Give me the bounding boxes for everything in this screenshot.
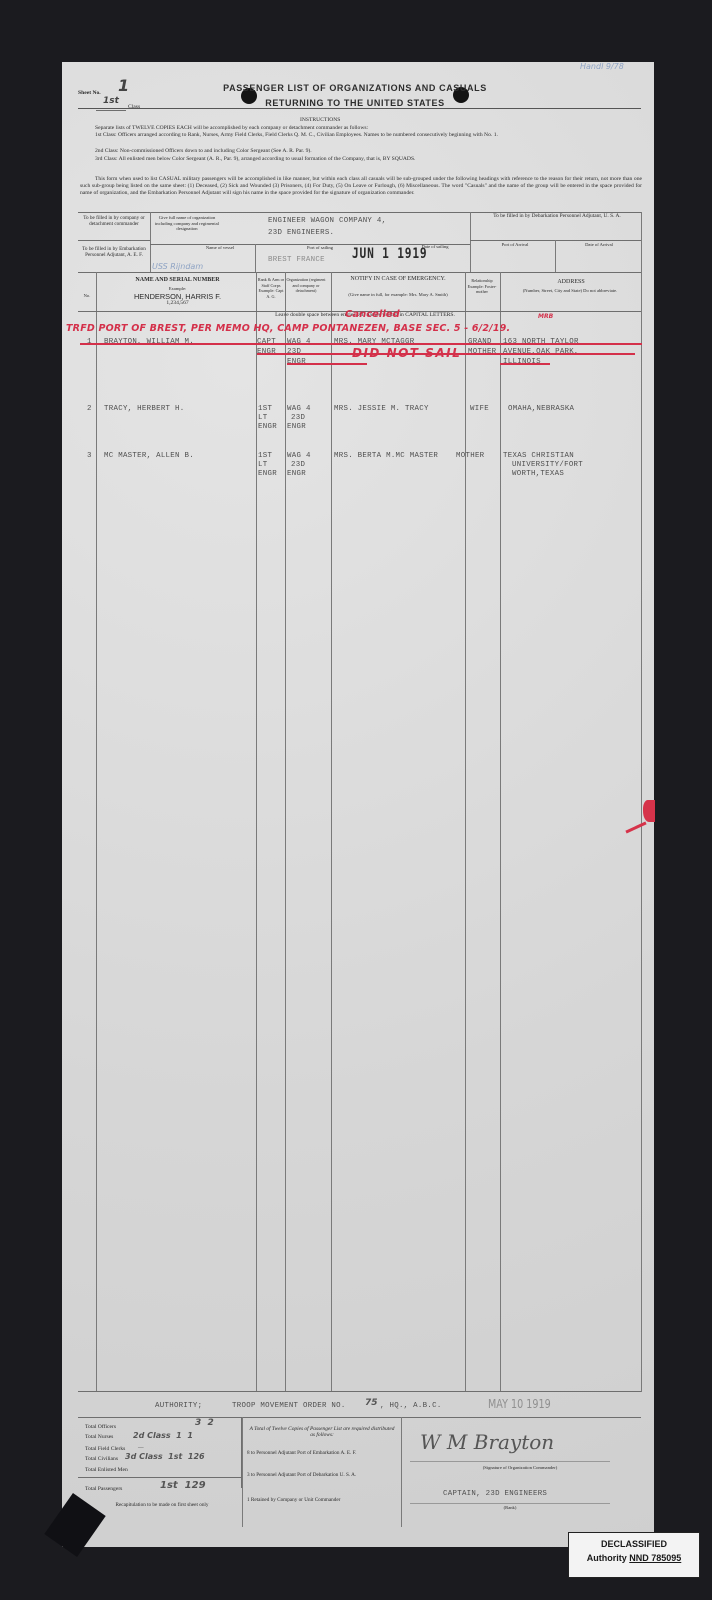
totals-civilians-label: Total Civilians <box>85 1456 118 1463</box>
form-title-line1: PASSENGER LIST OF ORGANIZATIONS AND CASU… <box>220 83 490 93</box>
strike-line <box>500 363 550 365</box>
instructions-heading: INSTRUCTIONS <box>300 117 340 124</box>
distribution-right-rule <box>401 1417 402 1527</box>
authority-text: TROOP MOVEMENT ORDER NO. <box>232 1402 346 1412</box>
col-name-example-label: Example: <box>100 286 255 292</box>
col-name-header: NAME AND SERIAL NUMBER <box>100 278 255 284</box>
col-divider-org <box>331 272 332 1392</box>
right-margin-rule <box>641 212 642 1392</box>
red-ink-mark <box>643 800 655 822</box>
authority-date-stamp: MAY 10 1919 <box>488 1397 551 1411</box>
entry-name: MC MASTER, ALLEN B. <box>104 452 194 462</box>
instructions-class1: 1st Class: Officers arranged according t… <box>80 132 640 139</box>
entry-notify: MRS. BERTA M.MC MASTER <box>334 452 438 462</box>
rank-line <box>410 1503 610 1504</box>
entry-no: 3 <box>87 452 92 462</box>
port-divider <box>255 244 256 272</box>
totals-divider <box>78 1477 241 1478</box>
instructions-p2: This form when used to list CASUAL milit… <box>80 176 642 197</box>
entry-rank: ENGR <box>258 423 277 433</box>
declassified-authority-label: Authority <box>587 1553 627 1563</box>
col-no-header: No. <box>78 293 96 299</box>
distribution-left-rule <box>242 1417 243 1527</box>
totals-nurses-value: 2d Class 1 1 <box>133 1431 193 1440</box>
authority-label: AUTHORITY; <box>155 1402 202 1412</box>
distribution-item-2: 3 to Personnel Adjutant Port of Debarkat… <box>247 1472 397 1479</box>
sheet-number-label: Sheet No. <box>78 90 101 97</box>
distribution-item-1: 8 to Personnel Adjutant Port of Embarkat… <box>247 1450 397 1457</box>
corner-note: Handl 9/78 <box>580 62 624 71</box>
distribution-heading: A Total of Twelve Copies of Passenger Li… <box>247 1427 397 1438</box>
class-value: 1st <box>103 96 119 106</box>
vessel-value: USS Rijndam <box>152 262 203 271</box>
col-org-header: Organization (regiment and company or de… <box>286 277 326 294</box>
rank-label: (Rank) <box>480 1505 540 1511</box>
totals-officers-label: Total Officers <box>85 1424 116 1431</box>
declassified-title: DECLASSIFIED <box>569 1539 699 1549</box>
org-name-label: Give full name of organization including… <box>152 215 222 232</box>
totals-field-clerks-value: — <box>138 1445 144 1452</box>
sheet-number-value: 1 <box>118 76 129 95</box>
column-header-top-rule <box>78 272 641 273</box>
org-block-rule-left <box>78 240 150 241</box>
col-relationship-header: Relationship Example: Foster-mother <box>466 278 498 295</box>
instructions-class2: 2nd Class: Non-commissioned Officers dow… <box>95 148 640 155</box>
strike-line <box>80 343 642 345</box>
declassified-authority-value: NND 785095 <box>629 1553 681 1563</box>
totals-civilians-value: 3d Class 1st 126 <box>125 1452 205 1461</box>
totals-enlisted-label: Total Enlisted Men <box>85 1467 128 1474</box>
declassified-stamp: DECLASSIFIED Authority NND 785095 <box>568 1532 700 1578</box>
signature-label: (Signature of Organization Commander) <box>440 1465 600 1471</box>
commander-rank: CAPTAIN, 23D ENGINEERS <box>443 1490 547 1500</box>
col-divider-notify <box>465 272 466 1392</box>
entry-address: WORTH,TEXAS <box>512 470 564 480</box>
col-name-example-serial: 1,234,567 <box>100 301 255 307</box>
col-notify-sub: (Give name in full, for example: Mrs. Ma… <box>334 292 462 298</box>
entry-notify: MRS. JESSIE M. TRACY <box>334 405 429 415</box>
col-address-header: ADDRESS <box>502 280 640 286</box>
authority-order-no: 75 <box>365 1398 378 1408</box>
port-sailing-label: Port of sailing <box>290 245 350 251</box>
distribution-item-3: 1 Retained by Company or Unit Commander <box>247 1497 402 1504</box>
port-sailing-value: BREST FRANCE <box>268 256 325 266</box>
entry-address: OMAHA,NEBRASKA <box>508 405 574 415</box>
col-notify-header: NOTIFY IN CASE OF EMERGENCY. <box>334 277 462 283</box>
declassified-authority: Authority NND 785095 <box>569 1553 699 1563</box>
strike-line <box>287 363 367 365</box>
recapitulation-note: Recapitulation to be made on first sheet… <box>82 1503 242 1509</box>
totals-field-clerks-label: Total Field Clerks <box>85 1446 125 1453</box>
date-sailing-stamp: JUN 1 1919 <box>352 246 427 262</box>
arrival-divider <box>555 240 556 272</box>
vessel-label: Name of vessel <box>180 245 260 251</box>
entry-org: ENGR <box>287 470 306 480</box>
col-address-sub: (Number, Street, City and State) Do not … <box>510 288 630 294</box>
org-block-divider-2 <box>470 212 471 272</box>
col-divider-name <box>256 272 257 1392</box>
strike-line <box>500 353 635 355</box>
instructions-p1: Separate lists of TWELVE COPIES EACH wil… <box>95 125 640 132</box>
class-underline <box>96 110 126 111</box>
debarkation-label: To be filled in by Debarkation Personnel… <box>474 214 640 220</box>
totals-passengers-label: Total Passengers <box>85 1486 122 1493</box>
signature-line <box>410 1461 610 1462</box>
entry-no: 2 <box>87 405 92 415</box>
commander-signature: W M Brayton <box>420 1430 554 1454</box>
strike-line <box>257 353 507 355</box>
col-divider-relationship <box>500 272 501 1392</box>
totals-nurses-label: Total Nurses <box>85 1434 113 1441</box>
entry-relationship: WIFE <box>470 405 489 415</box>
form-title-line2: RETURNING TO THE UNITED STATES <box>220 98 490 108</box>
col-rank-header: Rank & Arm or Staff Corps Example: Capt … <box>257 277 285 299</box>
instructions-class3: 3rd Class: All enlisted men below Color … <box>95 156 640 163</box>
header-rule <box>78 108 641 109</box>
org-name-line2: 23D ENGINEERS. <box>268 229 334 239</box>
entry-relationship: MOTHER <box>456 452 484 462</box>
entry-name: TRACY, HERBERT H. <box>104 405 185 415</box>
footer-top-rule <box>78 1391 641 1392</box>
red-transfer-note: TRFD PORT OF BREST, PER MEMO HQ, CAMP PO… <box>66 323 510 334</box>
entry-org: ENGR <box>287 423 306 433</box>
aef-label: To be filled in by Embarkation Personnel… <box>78 247 150 258</box>
date-arrival-label: Date of Arrival <box>560 242 638 248</box>
totals-passengers-value: 1st 129 <box>160 1480 206 1491</box>
col-divider-rank <box>285 272 286 1392</box>
company-commander-label: To be filled in by company or detachment… <box>78 216 150 227</box>
port-arrival-label: Port of Arrival <box>480 242 550 248</box>
org-block-divider-1 <box>150 212 151 272</box>
red-cancelled-mark: Cancelled <box>345 309 400 320</box>
org-name-line1: ENGINEER WAGON COMPANY 4, <box>268 217 386 227</box>
col-divider-no <box>96 272 97 1392</box>
totals-officers-value: 3 2 <box>195 1418 214 1428</box>
red-mrb-mark: MRB <box>538 313 553 320</box>
entry-rank: ENGR <box>258 470 277 480</box>
authority-hq: , HQ., A.B.C. <box>380 1402 442 1412</box>
